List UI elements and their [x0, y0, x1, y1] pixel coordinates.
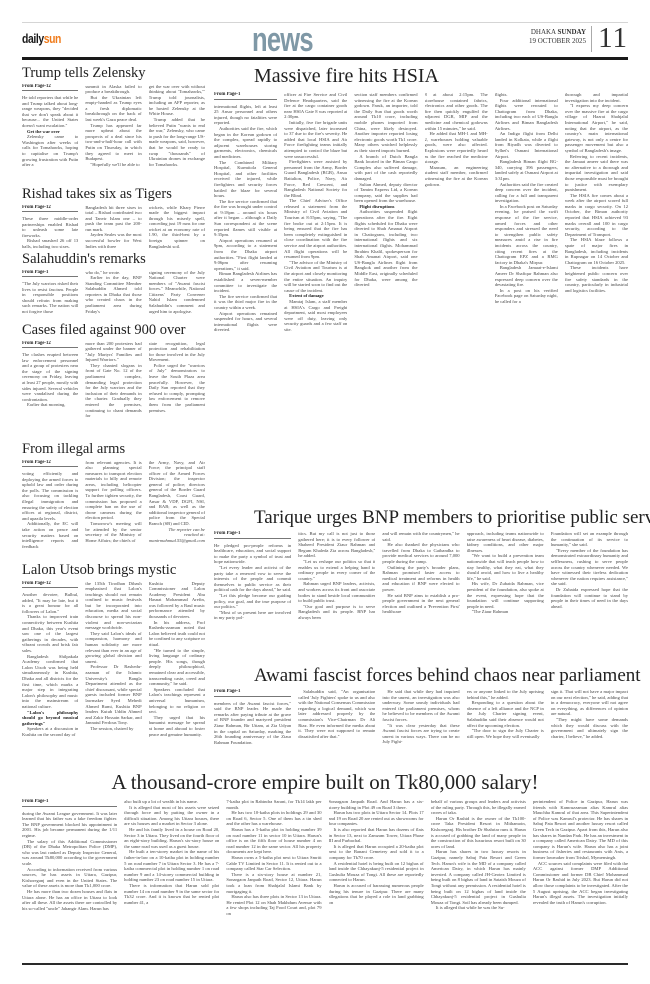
- headline: Trump tells Zelensky: [22, 66, 205, 81]
- story-empire: A thousand-crore empire built on Tk80,00…: [22, 772, 628, 963]
- from-page: From Page-1: [214, 531, 291, 539]
- from-page: From Page-12: [22, 341, 78, 349]
- daily-sun-logo: dailysun: [22, 31, 61, 46]
- story-hsia: Massive fire hits HSIA From Page-1intern…: [214, 66, 628, 516]
- story-arms: From illegal arms From Page-12voting eff…: [22, 442, 205, 562]
- from-page: From Page-12: [22, 460, 78, 468]
- story-cases: Cases filed against 900 over From Page-1…: [22, 323, 205, 441]
- headline: Salahuddin's remarks: [22, 252, 205, 267]
- headline: Lalon Utsob brings mystic: [22, 563, 205, 578]
- headline: From illegal arms: [22, 442, 205, 457]
- story-tarique: Tarique urges BNP members to prioritise …: [214, 508, 628, 665]
- story-rishad: Rishad takes six as Tigers From Page-12T…: [22, 187, 205, 253]
- headline: Cases filed against 900 over: [22, 323, 205, 338]
- headline: Awami fascist forces behind chaos near p…: [254, 666, 628, 685]
- section-name: news: [252, 23, 313, 57]
- from-page: From Page-12: [22, 581, 78, 589]
- story-lalon: Lalon Utsob brings mystic From Page-12An…: [22, 563, 205, 776]
- from-page: From Page-12: [22, 205, 78, 213]
- reporter-credit: The reporter can be reached at: manirmah…: [149, 527, 205, 544]
- headline: A thousand-crore empire built on Tk80,00…: [22, 772, 628, 793]
- story-salahuddin: Salahuddin's remarks From Page-1"The Jul…: [22, 252, 205, 322]
- from-page: From Page-1: [214, 689, 291, 697]
- divider: [591, 26, 592, 52]
- dateline: DHAKA SUNDAY 19 OCTOBER 2025: [529, 28, 586, 46]
- from-page: From Page-1: [22, 270, 78, 278]
- headline: Tarique urges BNP members to prioritise …: [254, 508, 628, 527]
- from-page: From Page-1: [22, 799, 117, 807]
- masthead: dailysun news DHAKA SUNDAY 19 OCTOBER 20…: [22, 22, 628, 60]
- headline: Massive fire hits HSIA: [254, 66, 628, 86]
- from-page: From Page-12: [22, 84, 78, 92]
- story-awami: Awami fascist forces behind chaos near p…: [214, 666, 628, 773]
- from-page: From Page-1: [214, 92, 277, 100]
- page-number: 11: [598, 23, 628, 53]
- headline: Rishad takes six as Tigers: [22, 187, 205, 202]
- story-trump: Trump tells Zelensky From Page-12 He tol…: [22, 66, 205, 196]
- bottom-rule: [22, 963, 628, 965]
